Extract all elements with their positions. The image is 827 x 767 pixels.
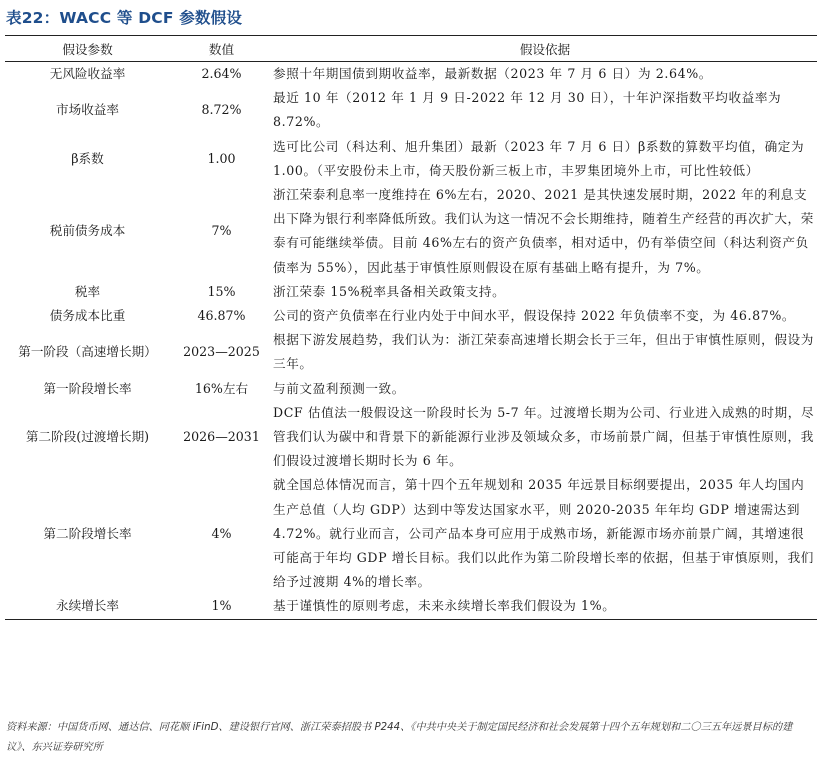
value-cell: 4% [170, 473, 273, 594]
table-row: 永续增长率 1% 基于谨慎性的原则考虑，未来永续增长率我们假设为 1%。 [5, 594, 817, 619]
param-cell: 第二阶段增长率 [5, 473, 170, 594]
basis-cell: 浙江荣泰利息率一度维持在 6%左右，2020、2021 是其快速发展时期，202… [273, 183, 817, 280]
basis-cell: 公司的资产负债率在行业内处于中间水平，假设保持 2022 年负债率不变，为 46… [273, 304, 817, 328]
table-row: 税前债务成本 7% 浙江荣泰利息率一度维持在 6%左右，2020、2021 是其… [5, 183, 817, 280]
basis-cell: 参照十年期国债到期收益率，最新数据（2023 年 7 月 6 日）为 2.64%… [273, 62, 817, 87]
param-cell: 第一阶段（高速增长期） [5, 328, 170, 376]
param-cell: 第一阶段增长率 [5, 377, 170, 401]
header-basis: 假设依据 [273, 36, 817, 62]
param-cell: 债务成本比重 [5, 304, 170, 328]
param-cell: 税前债务成本 [5, 183, 170, 280]
param-cell: 第二阶段(过渡增长期) [5, 401, 170, 474]
table-title: 表22：WACC 等 DCF 参数假设 [6, 6, 242, 28]
value-cell: 2026—2031 [170, 401, 273, 474]
table-header-row: 假设参数 数值 假设依据 [5, 36, 817, 62]
table-row: 第二阶段(过渡增长期) 2026—2031 DCF 估值法一般假设这一阶段时长为… [5, 401, 817, 474]
table-row: 第二阶段增长率 4% 就全国总体情况而言，第十四个五年规划和 2035 年远景目… [5, 473, 817, 594]
param-cell: 税率 [5, 280, 170, 304]
value-cell: 46.87% [170, 304, 273, 328]
param-cell: β系数 [5, 135, 170, 183]
param-cell: 市场收益率 [5, 86, 170, 134]
value-cell: 8.72% [170, 86, 273, 134]
param-cell: 无风险收益率 [5, 62, 170, 87]
basis-cell: 选可比公司（科达利、旭升集团）最新（2023 年 7 月 6 日）β系数的算数平… [273, 135, 817, 183]
basis-cell: 浙江荣泰 15%税率具备相关政策支持。 [273, 280, 817, 304]
basis-cell: 就全国总体情况而言，第十四个五年规划和 2035 年远景目标纲要提出，2035 … [273, 473, 817, 594]
value-cell: 16%左右 [170, 377, 273, 401]
source-note: 资料来源：中国货币网、通达信、同花顺 iFinD、建设银行官网、浙江荣泰招股书 … [6, 718, 816, 758]
table-row: 第一阶段（高速增长期） 2023—2025 根据下游发展趋势，我们认为：浙江荣泰… [5, 328, 817, 376]
dcf-assumptions-table: 假设参数 数值 假设依据 无风险收益率 2.64% 参照十年期国债到期收益率，最… [5, 35, 817, 620]
basis-cell: 与前文盈利预测一致。 [273, 377, 817, 401]
param-cell: 永续增长率 [5, 594, 170, 619]
header-param: 假设参数 [5, 36, 170, 62]
table-row: 税率 15% 浙江荣泰 15%税率具备相关政策支持。 [5, 280, 817, 304]
basis-cell: 基于谨慎性的原则考虑，未来永续增长率我们假设为 1%。 [273, 594, 817, 619]
table-row: 无风险收益率 2.64% 参照十年期国债到期收益率，最新数据（2023 年 7 … [5, 62, 817, 87]
table-row: 债务成本比重 46.87% 公司的资产负债率在行业内处于中间水平，假设保持 20… [5, 304, 817, 328]
table-row: 第一阶段增长率 16%左右 与前文盈利预测一致。 [5, 377, 817, 401]
header-value: 数值 [170, 36, 273, 62]
basis-cell: 最近 10 年（2012 年 1 月 9 日-2022 年 12 月 30 日）… [273, 86, 817, 134]
table-row: β系数 1.00 选可比公司（科达利、旭升集团）最新（2023 年 7 月 6 … [5, 135, 817, 183]
value-cell: 1.00 [170, 135, 273, 183]
table-row: 市场收益率 8.72% 最近 10 年（2012 年 1 月 9 日-2022 … [5, 86, 817, 134]
basis-cell: DCF 估值法一般假设这一阶段时长为 5-7 年。过渡增长期为公司、行业进入成熟… [273, 401, 817, 474]
basis-cell: 根据下游发展趋势，我们认为：浙江荣泰高速增长期会长于三年，但出于审慎性原则，假设… [273, 328, 817, 376]
value-cell: 1% [170, 594, 273, 619]
value-cell: 2.64% [170, 62, 273, 87]
value-cell: 15% [170, 280, 273, 304]
value-cell: 7% [170, 183, 273, 280]
value-cell: 2023—2025 [170, 328, 273, 376]
